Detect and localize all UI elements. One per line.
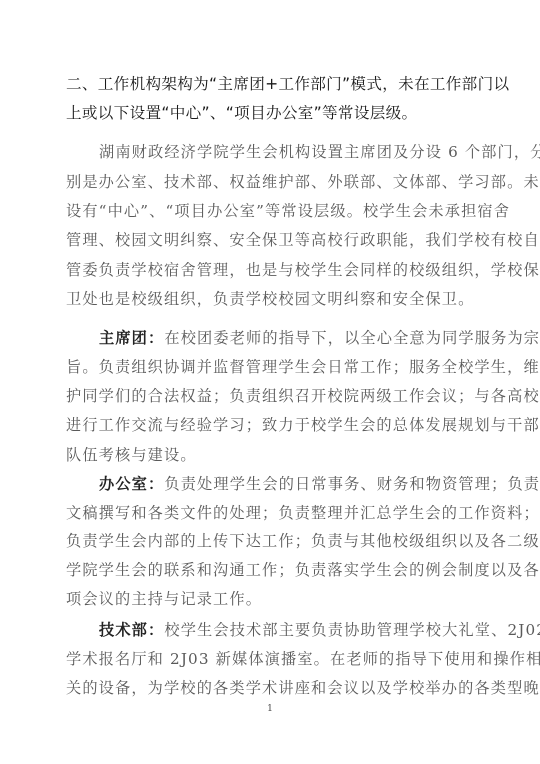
tech-text: 校学生会技术部主要负责协助管理学校大礼堂、2J02 — [164, 621, 540, 639]
office-paragraph-line: 学院学生会的联系和沟通工作；负责落实学生会的例会制度以及各 — [66, 559, 482, 581]
presidium-paragraph-first-line: 主席团：在校团委老师的指导下，以全心全意为同学服务为宗 — [99, 327, 482, 349]
presidium-label: 主席团： — [99, 329, 164, 347]
section-heading-line-1: 二、工作机构架构为“主席团+工作部门”模式，未在工作部门以 — [66, 72, 482, 96]
presidium-paragraph-line: 旨。负责组织协调并监督管理学生会日常工作；服务全校学生，维 — [66, 356, 482, 378]
office-text: 负责处理学生会的日常事务、财务和物资管理；负责 — [164, 475, 540, 493]
intro-paragraph-line: 管理、校园文明纠察、安全保卫等高校行政职能，我们学校有校自 — [66, 229, 482, 251]
section-heading-line-2: 上或以下设置“中心”、“项目办公室”等常设层级。 — [66, 101, 482, 125]
intro-paragraph-line: 别是办公室、技术部、权益维护部、外联部、文体部、学习部。未 — [66, 171, 482, 193]
office-paragraph-first-line: 办公室：负责处理学生会的日常事务、财务和物资管理；负责 — [99, 473, 482, 495]
presidium-paragraph-line: 护同学们的合法权益；负责组织召开校院两级工作会议；与各高校 — [66, 385, 482, 407]
page-number: 1 — [262, 704, 278, 714]
tech-paragraph-line: 学术报名厅和 2J03 新媒体演播室。在老师的指导下使用和操作相 — [66, 648, 482, 670]
document-page: 二、工作机构架构为“主席团+工作部门”模式，未在工作部门以 上或以下设置“中心”… — [0, 0, 540, 764]
presidium-paragraph-line: 队伍考核与建设。 — [66, 444, 482, 466]
intro-paragraph-line: 湖南财政经济学院学生会机构设置主席团及分设 6 个部门，分 — [99, 141, 482, 163]
intro-paragraph-line: 卫处也是校级组织，负责学校校园文明纠察和安全保卫。 — [66, 288, 482, 310]
tech-paragraph-first-line: 技术部：校学生会技术部主要负责协助管理学校大礼堂、2J02 — [99, 619, 482, 641]
presidium-text: 在校团委老师的指导下，以全心全意为同学服务为宗 — [164, 329, 540, 347]
presidium-paragraph-line: 进行工作交流与经验学习；致力于校学生会的总体发展规划与干部 — [66, 414, 482, 436]
tech-label: 技术部： — [99, 621, 164, 639]
tech-paragraph-line: 关的设备，为学校的各类学术讲座和会议以及学校举办的各类型晚 — [66, 677, 482, 699]
office-paragraph-line: 项会议的主持与记录工作。 — [66, 588, 482, 610]
office-paragraph-line: 文稿撰写和各类文件的处理；负责整理并汇总学生会的工作资料； — [66, 502, 482, 524]
intro-paragraph-line: 设有“中心”、“项目办公室”等常设层级。校学生会未承担宿舍 — [66, 200, 482, 222]
office-label: 办公室： — [99, 475, 164, 493]
office-paragraph-line: 负责学生会内部的上传下达工作；负责与其他校级组织以及各二级 — [66, 530, 482, 552]
intro-paragraph-line: 管委负责学校宿舍管理，也是与校学生会同样的校级组织，学校保 — [66, 259, 482, 281]
